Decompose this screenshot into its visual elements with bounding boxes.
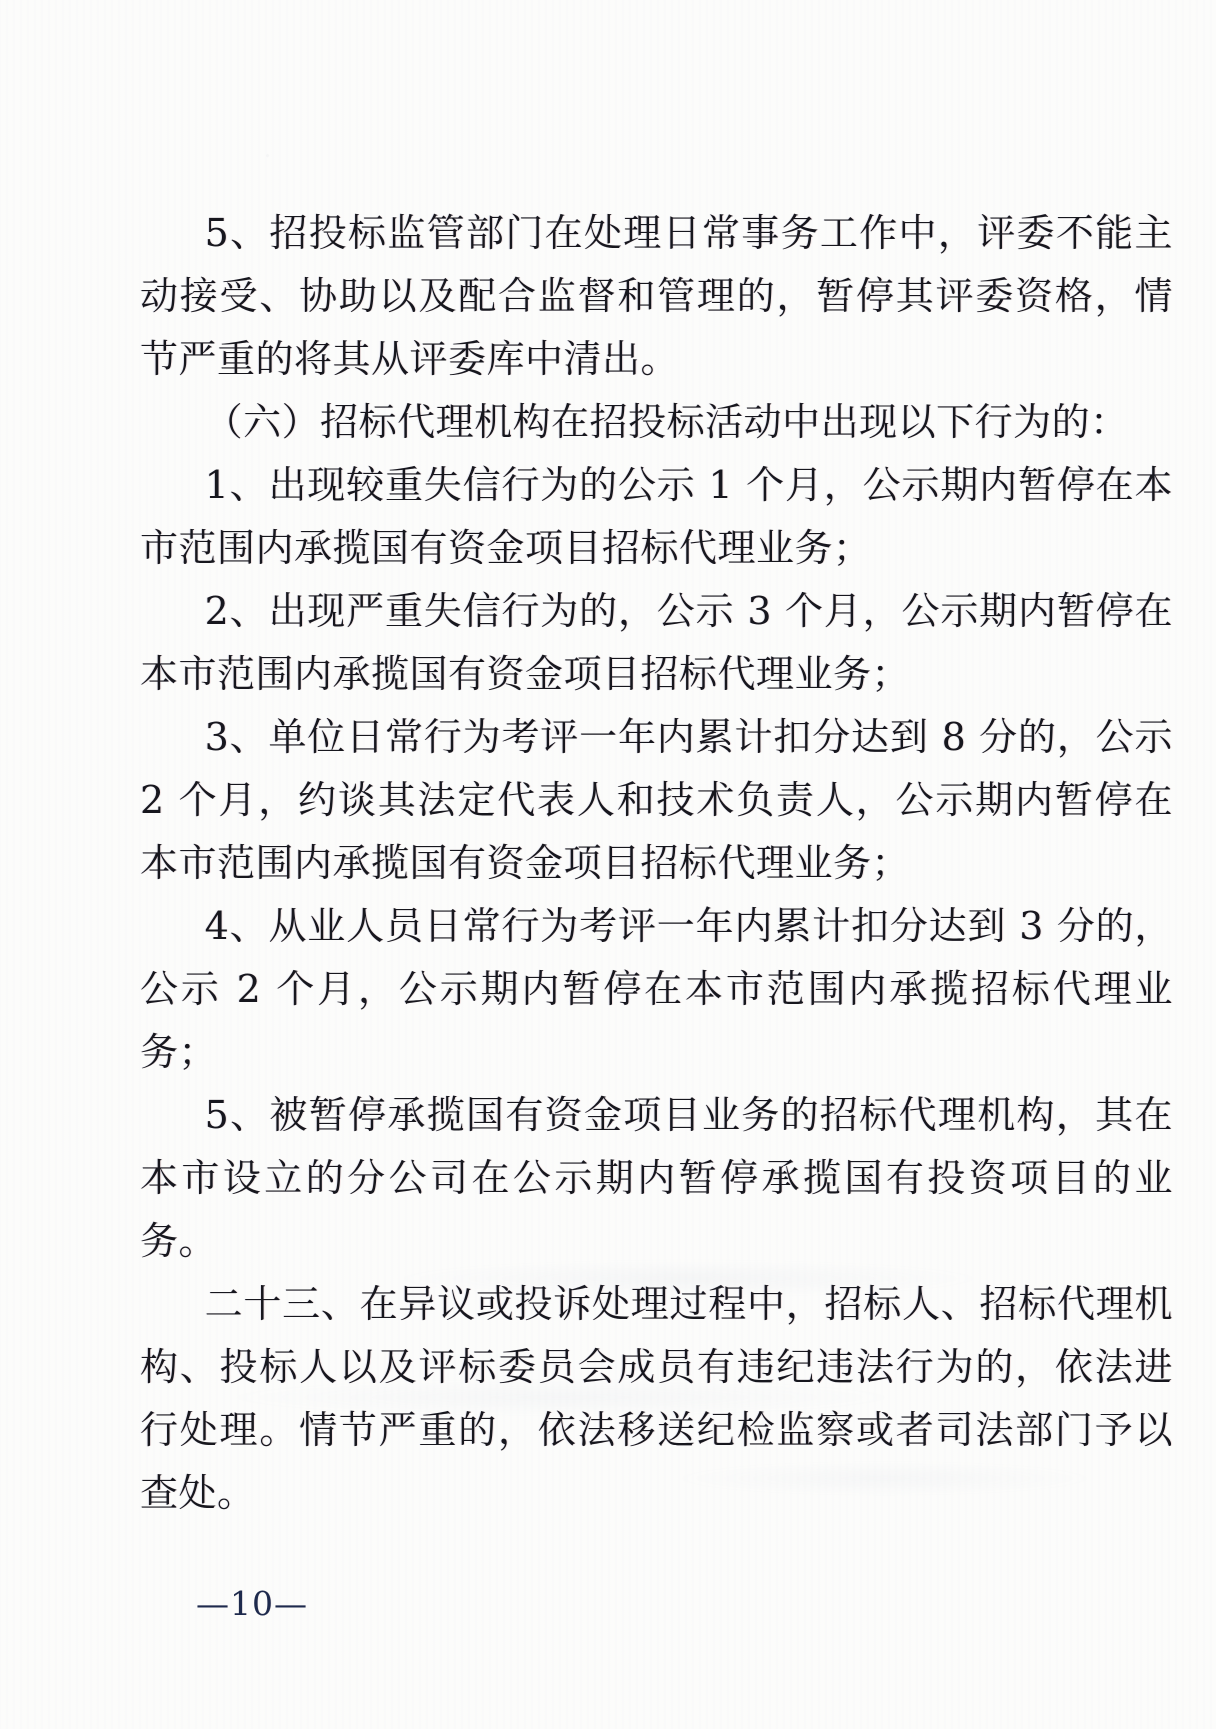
paragraph-item-5-evaluators: 5、招投标监管部门在处理日常事务工作中，评委不能主动接受、协助以及配合监督和管理… (140, 202, 1173, 391)
paragraph-clause-2: 2、出现严重失信行为的，公示 3 个月，公示期内暂停在本市范围内承揽国有资金项目… (140, 580, 1173, 706)
scanned-document-page: { "page": { "background_color": "#fcfcfb… (0, 0, 1216, 1729)
page-number: —10— (196, 1584, 308, 1623)
paragraph-article-23: 二十三、在异议或投诉处理过程中，招标人、招标代理机构、投标人以及评标委员会成员有… (140, 1273, 1173, 1525)
paragraph-section-6-heading: （六）招标代理机构在招投标活动中出现以下行为的： (140, 391, 1173, 454)
paragraph-clause-1: 1、出现较重失信行为的公示 1 个月，公示期内暂停在本市范围内承揽国有资金项目招… (140, 454, 1173, 580)
paragraph-clause-5: 5、被暂停承揽国有资金项目业务的招标代理机构，其在本市设立的分公司在公示期内暂停… (140, 1084, 1173, 1273)
paragraph-clause-3: 3、单位日常行为考评一年内累计扣分达到 8 分的，公示 2 个月，约谈其法定代表… (140, 706, 1173, 895)
paragraph-clause-4: 4、从业人员日常行为考评一年内累计扣分达到 3 分的，公示 2 个月，公示期内暂… (140, 895, 1173, 1084)
document-body-text: 5、招投标监管部门在处理日常事务工作中，评委不能主动接受、协助以及配合监督和管理… (140, 202, 1173, 1525)
